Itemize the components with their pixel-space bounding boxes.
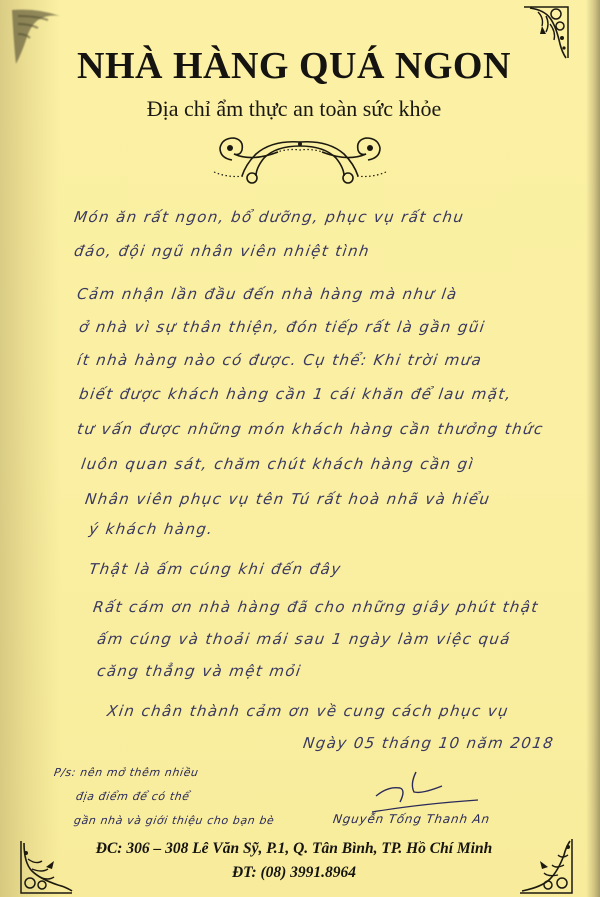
handwritten-line: đáo, đội ngũ nhân viên nhiệt tình <box>73 242 371 260</box>
restaurant-phone: ĐT: (08) 3991.8964 <box>0 864 588 882</box>
restaurant-name: NHÀ HÀNG QUÁ NGON <box>0 44 588 88</box>
handwritten-line: Rất cám ơn nhà hàng đã cho những giây ph… <box>92 598 540 616</box>
handwritten-date: Ngày 05 tháng 10 năm 2018 <box>302 734 555 752</box>
handwritten-line: ở nhà vì sự thân thiện, đón tiếp rất là … <box>78 318 487 336</box>
flourish-divider-icon <box>212 132 388 191</box>
guestbook-page: NHÀ HÀNG QUÁ NGON Địa chỉ ẩm thực an toà… <box>0 0 600 897</box>
signature-scribble-icon <box>370 770 480 814</box>
handwritten-line: tư vấn được những món khách hàng cần thư… <box>76 420 545 438</box>
handwritten-line: ấm cúng và thoải mái sau 1 ngày làm việc… <box>96 630 512 648</box>
handwritten-line: Món ăn rất ngon, bổ dưỡng, phục vụ rất c… <box>73 208 466 226</box>
handwritten-line: căng thẳng và mệt mỏi <box>96 662 303 680</box>
restaurant-address: ĐC: 306 – 308 Lê Văn Sỹ, P.1, Q. Tân Bìn… <box>0 840 588 858</box>
handwritten-line: Cảm nhận lần đầu đến nhà hàng mà như là <box>76 285 459 303</box>
handwritten-line: luôn quan sát, chăm chút khách hàng cần … <box>80 455 475 473</box>
handwritten-line: ý khách hàng. <box>88 520 215 538</box>
postscript-line: P/s: nên mở thêm nhiều <box>53 766 199 779</box>
handwritten-line: Thật là ấm cúng khi đến đây <box>88 560 343 578</box>
handwritten-line: ít nhà hàng nào có được. Cụ thể: Khi trờ… <box>76 351 484 369</box>
postscript-line: địa điểm để có thể <box>75 790 190 803</box>
handwritten-line: biết được khách hàng cần 1 cái khăn để l… <box>78 385 513 403</box>
signature-name: Nguyễn Tống Thanh An <box>332 812 491 826</box>
postscript-line: gần nhà và giới thiệu cho bạn bè <box>73 814 275 827</box>
handwritten-line: Xin chân thành cảm ơn về cung cách phục … <box>106 702 510 720</box>
handwritten-line: Nhân viên phục vụ tên Tú rất hoà nhã và … <box>84 490 492 508</box>
restaurant-tagline: Địa chỉ ẩm thực an toàn sức khỏe <box>0 96 588 122</box>
